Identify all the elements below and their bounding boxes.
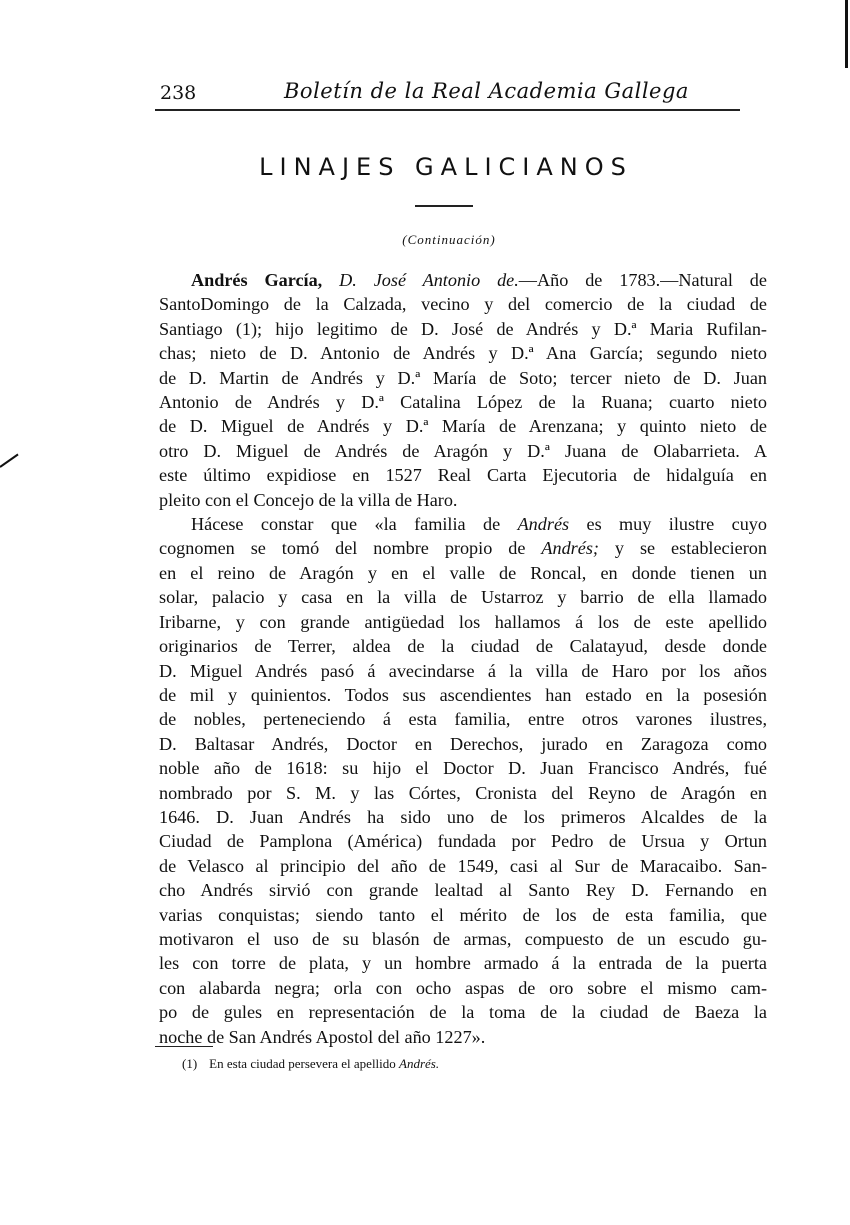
page-number: 238 <box>160 82 196 104</box>
body-line: Hácese constar que «la familia de Andrés… <box>159 512 767 536</box>
footnote-rule <box>155 1046 213 1047</box>
body-line: de nobles, perteneciendo á esta familia,… <box>159 707 767 731</box>
body-line: chas; nieto de D. Antonio de Andrés y D.… <box>159 341 767 365</box>
body-line: D. Miguel Andrés pasó á avecindarse á la… <box>159 659 767 683</box>
entry-name-detail: D. José Antonio de. <box>322 270 519 290</box>
body-line: originarios de Terrer, aldea de la ciuda… <box>159 634 767 658</box>
article-body: Andrés García, D. José Antonio de.—Año d… <box>159 268 767 1049</box>
paragraph-2: Hácese constar que «la familia de Andrés… <box>159 512 767 1049</box>
body-line: Andrés García, D. José Antonio de.—Año d… <box>159 268 767 292</box>
body-line: po de gules en representación de la toma… <box>159 1000 767 1024</box>
body-line: motivaron el uso de su blasón de armas, … <box>159 927 767 951</box>
body-line: de Velasco al principio del año de 1549,… <box>159 854 767 878</box>
footnote-text-italic: Andrés. <box>399 1056 439 1071</box>
body-line: solar, palacio y casa en la villa de Ust… <box>159 585 767 609</box>
body-line: D. Baltasar Andrés, Doctor en Derechos, … <box>159 732 767 756</box>
body-line: Iribarne, y con grande antigüedad los ha… <box>159 610 767 634</box>
body-line: Antonio de Andrés y D.ª Catalina López d… <box>159 390 767 414</box>
body-line: este último expidiose en 1527 Real Carta… <box>159 463 767 487</box>
running-head: 238 Boletín de la Real Academia Gallega <box>157 78 740 108</box>
body-line: de D. Martin de Andrés y D.ª María de So… <box>159 366 767 390</box>
footnote: (1)En esta ciudad persevera el apellido … <box>182 1056 439 1072</box>
body-line: en el reino de Aragón y en el valle de R… <box>159 561 767 585</box>
entry-name: Andrés García, <box>191 270 322 290</box>
body-line: de mil y quinientos. Todos sus ascendien… <box>159 683 767 707</box>
header-rule <box>155 109 740 111</box>
body-line: noble año de 1618: su hijo el Doctor D. … <box>159 756 767 780</box>
journal-title: Boletín de la Real Academia Gallega <box>284 79 689 103</box>
body-line: SantoDomingo de la Calzada, vecino y del… <box>159 292 767 316</box>
continuation-label: (Continuación) <box>0 232 850 248</box>
body-line: nombrado por S. M. y las Córtes, Cronist… <box>159 781 767 805</box>
paragraph-1: Andrés García, D. José Antonio de.—Año d… <box>159 268 767 512</box>
body-line: con alabarda negra; orla con ocho aspas … <box>159 976 767 1000</box>
body-line: Ciudad de Pamplona (América) fundada por… <box>159 829 767 853</box>
document-page: 238 Boletín de la Real Academia Gallega … <box>0 0 850 1225</box>
body-line: 1646. D. Juan Andrés ha sido uno de los … <box>159 805 767 829</box>
body-line: otro D. Miguel de Andrés de Aragón y D.ª… <box>159 439 767 463</box>
margin-mark <box>0 454 19 468</box>
footnote-text: En esta ciudad persevera el apellido <box>209 1056 399 1071</box>
body-line: cho Andrés sirvió con grande lealtad al … <box>159 878 767 902</box>
article-title: LINAJES GALICIANOS <box>0 153 850 181</box>
footnote-mark: (1) <box>182 1056 197 1071</box>
body-line: les con torre de plata, y un hombre arma… <box>159 951 767 975</box>
body-line: de D. Miguel de Andrés y D.ª María de Ar… <box>159 414 767 438</box>
body-line: varias conquistas; siendo tanto el mérit… <box>159 903 767 927</box>
page-edge-line <box>845 0 848 68</box>
body-line: Santiago (1); hijo legitimo de D. José d… <box>159 317 767 341</box>
body-line: cognomen se tomó del nombre propio de An… <box>159 536 767 560</box>
body-line: noche de San Andrés Apostol del año 1227… <box>159 1025 767 1049</box>
body-line: pleito con el Concejo de la villa de Har… <box>159 488 767 512</box>
title-rule <box>415 205 473 207</box>
